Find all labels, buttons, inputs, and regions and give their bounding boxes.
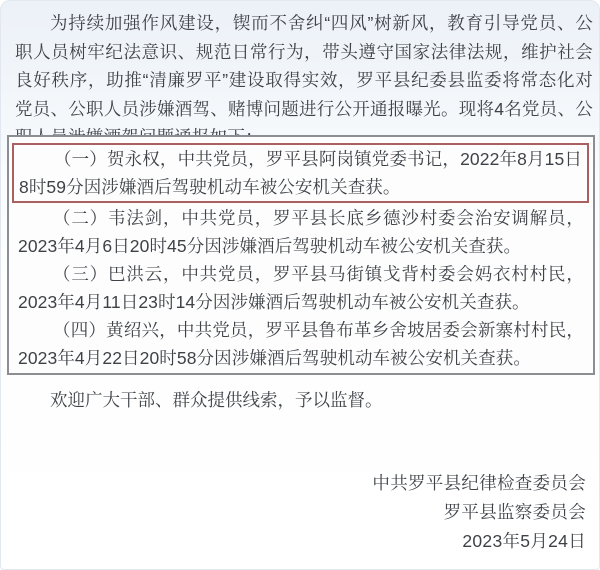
case-item-3: （三）巴洪云，中共党员，罗平县马街镇戈背村委会妈衣村村民，2023年4月11日2… xyxy=(9,260,593,316)
signature-org-1: 中共罗平县纪律检查委员会 xyxy=(372,469,586,498)
closing-paragraph: 欢迎广大干部、群众提供线索，予以监督。 xyxy=(15,386,593,414)
signature-date: 2023年5月24日 xyxy=(372,527,586,556)
notice-card: 为持续加强作风建设，锲而不舍纠“四风”树新风，教育引导党员、公职人员树牢纪法意识… xyxy=(0,0,600,570)
case-item-1: （一）贺永权，中共党员，罗平县阿岗镇党委书记，2022年8月15日8时59分因涉… xyxy=(14,145,587,201)
intro-paragraph: 为持续加强作风建设，锲而不舍纠“四风”树新风，教育引导党员、公职人员树牢纪法意识… xyxy=(15,9,593,152)
cases-box: （一）贺永权，中共党员，罗平县阿岗镇党委书记，2022年8月15日8时59分因涉… xyxy=(7,135,595,375)
signature-block: 中共罗平县纪律检查委员会 罗平县监察委员会 2023年5月24日 xyxy=(372,469,586,556)
case-item-4: （四）黄绍兴，中共党员，罗平县鲁布革乡舍坡居委会新寨村村民，2023年4月22日… xyxy=(9,316,593,372)
signature-org-2: 罗平县监察委员会 xyxy=(372,498,586,527)
case-item-2: （二）韦法剑，中共党员，罗平县长底乡德沙村委会治安调解员，2023年4月6日20… xyxy=(9,204,593,260)
highlight-frame: （一）贺永权，中共党员，罗平县阿岗镇党委书记，2022年8月15日8时59分因涉… xyxy=(12,143,589,203)
